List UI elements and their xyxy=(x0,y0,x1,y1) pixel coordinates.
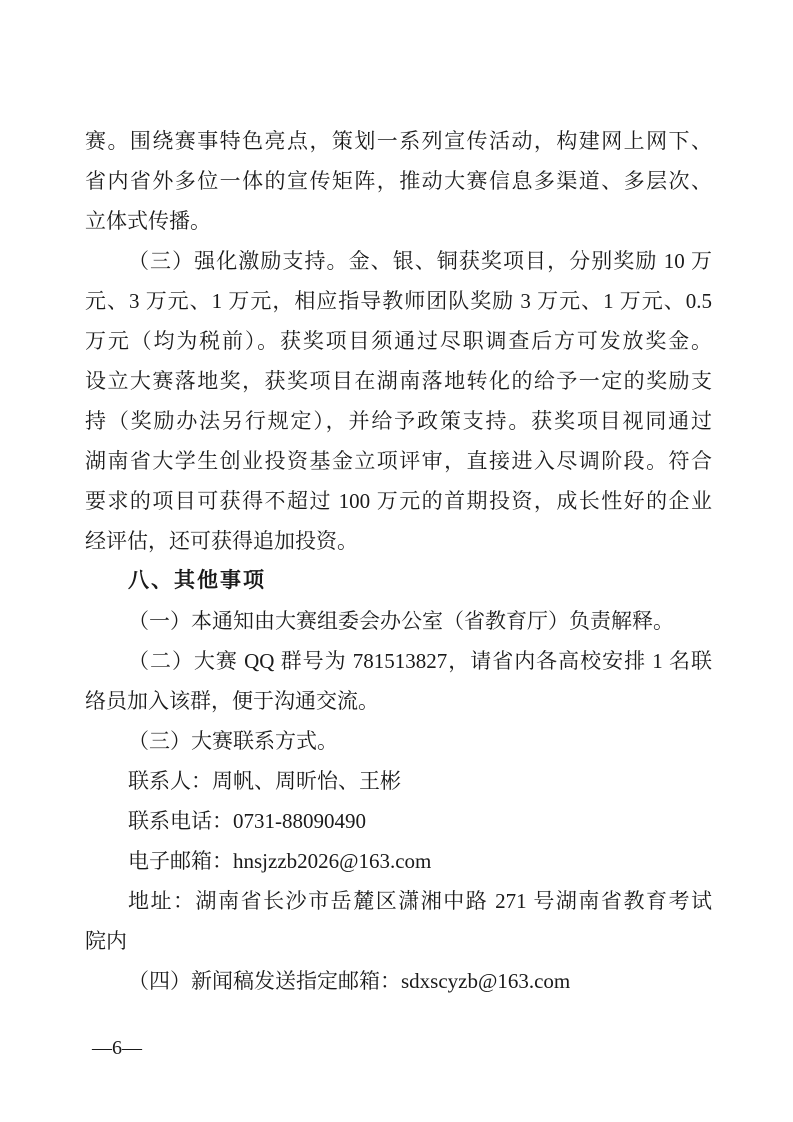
text-line: 经评估，还可获得追加投资。 xyxy=(85,521,712,561)
text-line: 络员加入该群，便于沟通交流。 xyxy=(85,681,712,721)
text-line: （三）强化激励支持。金、银、铜获奖项目，分别奖励 10 万 xyxy=(85,241,712,281)
contact-email-line: 电子邮箱：hnsjzzb2026@163.com xyxy=(85,841,712,881)
contact-persons-line: 联系人：周帆、周昕怡、王彬 xyxy=(85,761,712,801)
document-body: 赛。围绕赛事特色亮点，策划一系列宣传活动，构建网上网下、省内省外多位一体的宣传矩… xyxy=(85,121,712,1001)
text-line: 省内省外多位一体的宣传矩阵，推动大赛信息多渠道、多层次、 xyxy=(85,161,712,201)
section-heading-other-matters: 八、其他事项 xyxy=(85,561,712,601)
text-line: 持（奖励办法另行规定），并给予政策支持。获奖项目视同通过 xyxy=(85,401,712,441)
contact-address-line: 地址：湖南省长沙市岳麓区潇湘中路 271 号湖南省教育考试 xyxy=(85,881,712,921)
document-page: 赛。围绕赛事特色亮点，策划一系列宣传活动，构建网上网下、省内省外多位一体的宣传矩… xyxy=(0,0,793,1122)
page-number: —6— xyxy=(92,1036,142,1060)
text-line: 元、3 万元、1 万元，相应指导教师团队奖励 3 万元、1 万元、0.5 xyxy=(85,281,712,321)
press-release-email-line: （四）新闻稿发送指定邮箱：sdxscyzb@163.com xyxy=(85,961,712,1001)
text-line: （一）本通知由大赛组委会办公室（省教育厅）负责解释。 xyxy=(85,601,712,641)
text-line: 立体式传播。 xyxy=(85,201,712,241)
text-line: （二）大赛 QQ 群号为 781513827，请省内各高校安排 1 名联 xyxy=(85,641,712,681)
contact-phone-line: 联系电话：0731-88090490 xyxy=(85,801,712,841)
text-line: （三）大赛联系方式。 xyxy=(85,721,712,761)
text-line: 院内 xyxy=(85,921,712,961)
text-line: 湖南省大学生创业投资基金立项评审，直接进入尽调阶段。符合 xyxy=(85,441,712,481)
text-line: 要求的项目可获得不超过 100 万元的首期投资，成长性好的企业 xyxy=(85,481,712,521)
text-line: 赛。围绕赛事特色亮点，策划一系列宣传活动，构建网上网下、 xyxy=(85,121,712,161)
text-line: 设立大赛落地奖，获奖项目在湖南落地转化的给予一定的奖励支 xyxy=(85,361,712,401)
text-line: 万元（均为税前）。获奖项目须通过尽职调查后方可发放奖金。 xyxy=(85,321,712,361)
